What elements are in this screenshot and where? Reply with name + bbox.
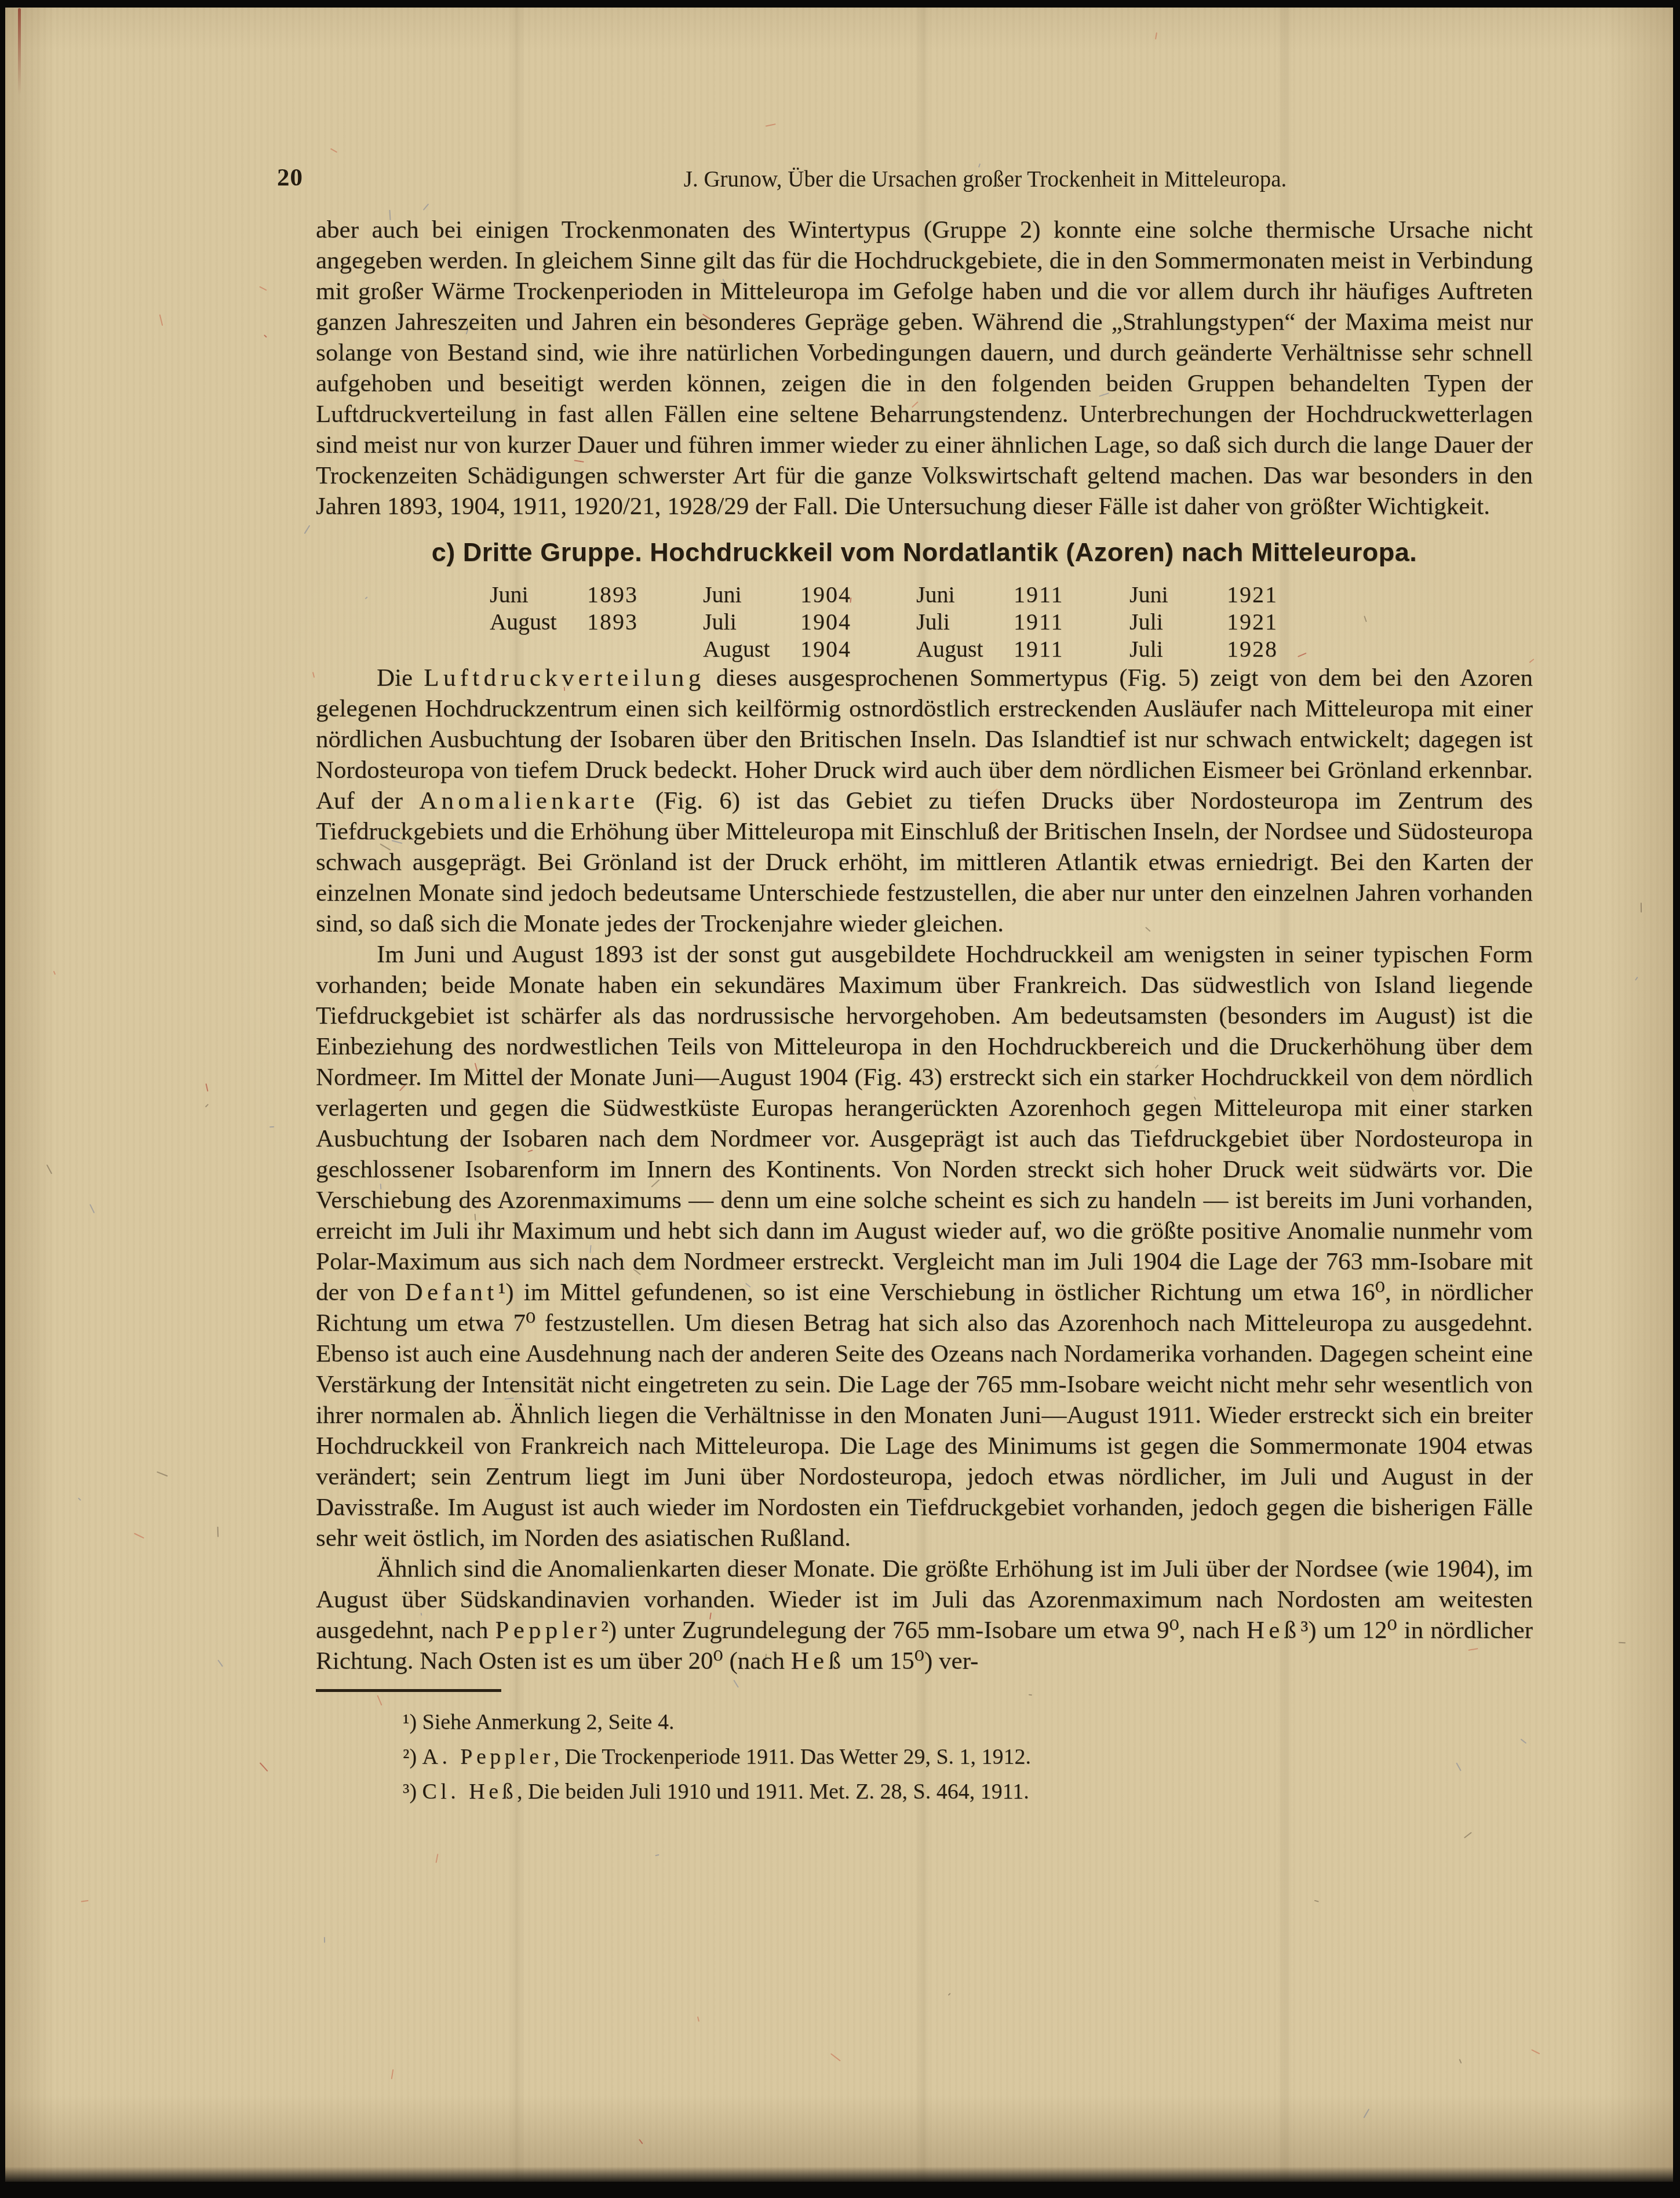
month-cell: Juni [1129,581,1227,608]
footnotes-block: ¹) Siehe Anmerkung 2, Seite 4. ²) A. Pep… [316,1705,1533,1809]
month-table-column: Juni1921Juli1921Juli1928 [1129,581,1343,663]
month-cell: August [703,635,800,663]
month-year-row: August1904 [703,635,916,663]
month-year-row: Juli1928 [1129,635,1343,663]
month-cell: Juni [490,581,587,608]
text-run: , Die beiden Juli 1910 und 1911. Met. Z.… [517,1779,1029,1804]
year-cell: 1904 [800,635,851,663]
letterspaced-text: Heß [1247,1617,1301,1644]
footnote-rule [316,1689,501,1692]
scan-border-top [0,0,1680,8]
text-run: ¹) im Mittel gefundenen, so ist eine Ver… [316,1279,1533,1552]
text-run: ²) unter Zugrundelegung der 765 mm-Isoba… [601,1617,1247,1644]
year-cell: 1928 [1227,635,1278,663]
month-year-row: Juli1904 [703,608,916,635]
body-text-column: aber auch bei einigen Trockenmonaten des… [316,214,1533,1809]
month-cell: Juli [1129,635,1227,663]
page-number: 20 [277,163,303,192]
paragraph: Ähnlich sind die Anomalienkarten dieser … [316,1553,1533,1676]
year-cell: 1893 [587,608,638,635]
paper-fiber-fleck [269,1126,274,1127]
letterspaced-text: Peppler [495,1617,601,1644]
year-cell: 1921 [1227,581,1278,608]
paper-fiber-fleck [1641,903,1642,912]
paragraph: Im Juni und August 1893 ist der sonst gu… [316,939,1533,1553]
text-run: ¹) Siehe Anmerkung 2, Seite 4. [403,1710,674,1734]
letterspaced-text: Defant [405,1279,498,1306]
month-table-column: Juni1893August1893 [490,581,703,663]
text-run: ³) [403,1779,422,1804]
text-run: ²) [403,1745,422,1769]
letterspaced-text: Cl. Heß [422,1779,517,1804]
year-cell: 1893 [587,581,638,608]
month-year-row: Juni1911 [916,581,1129,608]
year-cell: 1904 [800,608,851,635]
month-year-row: Juni1921 [1129,581,1343,608]
month-year-row: Juni1904 [703,581,916,608]
month-year-row: Juli1911 [916,608,1129,635]
month-table-column: Juni1904Juli1904August1904 [703,581,916,663]
scanned-book-page: { "page": { "number": "20", "running_hea… [0,0,1680,2198]
letterspaced-text: Anomalienkarte [419,787,639,814]
running-header: J. Grunow, Über die Ursachen großer Troc… [377,166,1594,192]
month-year-row: Juni1893 [490,581,703,608]
year-cell: 1911 [1014,608,1064,635]
paper-fiber-fleck [324,1937,325,1943]
footnote-line: ²) A. Peppler, Die Trockenperiode 1911. … [403,1740,1533,1774]
year-cell: 1904 [800,581,851,608]
paragraph: aber auch bei einigen Trockenmonaten des… [316,214,1533,522]
red-ink-mark [18,8,21,95]
paper-fiber-fleck [1619,1642,1626,1644]
year-cell: 1921 [1227,608,1278,635]
month-table-column: Juni1911Juli1911August1911 [916,581,1129,663]
text-run: um 15⁰) ver- [845,1647,978,1675]
scan-border-bottom [0,2182,1680,2198]
letterspaced-text: Luftdruckverteilung [424,664,705,692]
year-cell: 1911 [1014,581,1064,608]
month-year-row: August1893 [490,608,703,635]
scan-border-bottom-shade [0,2167,1680,2183]
month-cell: August [490,608,587,635]
letterspaced-text: A. Peppler [422,1745,554,1769]
month-year-row: Juli1921 [1129,608,1343,635]
month-cell: Juli [703,608,800,635]
month-cell: Juni [916,581,1014,608]
text-run: , Die Trockenperiode 1911. Das Wetter 29… [554,1745,1031,1769]
month-cell: August [916,635,1014,663]
scan-border-left [0,0,5,2198]
month-year-row: August1911 [916,635,1129,663]
month-cell: Juni [703,581,800,608]
month-cell: Juli [916,608,1014,635]
paragraph: Die Luftdruckverteilung dieses ausgespro… [316,663,1533,939]
letterspaced-text: Heß [791,1647,846,1675]
scan-border-right [1673,0,1680,2198]
text-run: aber auch bei einigen Trockenmonaten des… [316,216,1533,520]
section-heading: c) Dritte Gruppe. Hochdruckkeil vom Nord… [316,537,1533,568]
footnote-line: ¹) Siehe Anmerkung 2, Seite 4. [403,1705,1533,1740]
month-cell: Juli [1129,608,1227,635]
text-run: Die [377,664,424,692]
footnote-line: ³) Cl. Heß, Die beiden Juli 1910 und 191… [403,1774,1533,1809]
year-cell: 1911 [1014,635,1064,663]
text-run: Im Juni und August 1893 ist der sonst gu… [316,941,1533,1306]
month-year-table: Juni1893August1893Juni1904Juli1904August… [490,581,1533,663]
